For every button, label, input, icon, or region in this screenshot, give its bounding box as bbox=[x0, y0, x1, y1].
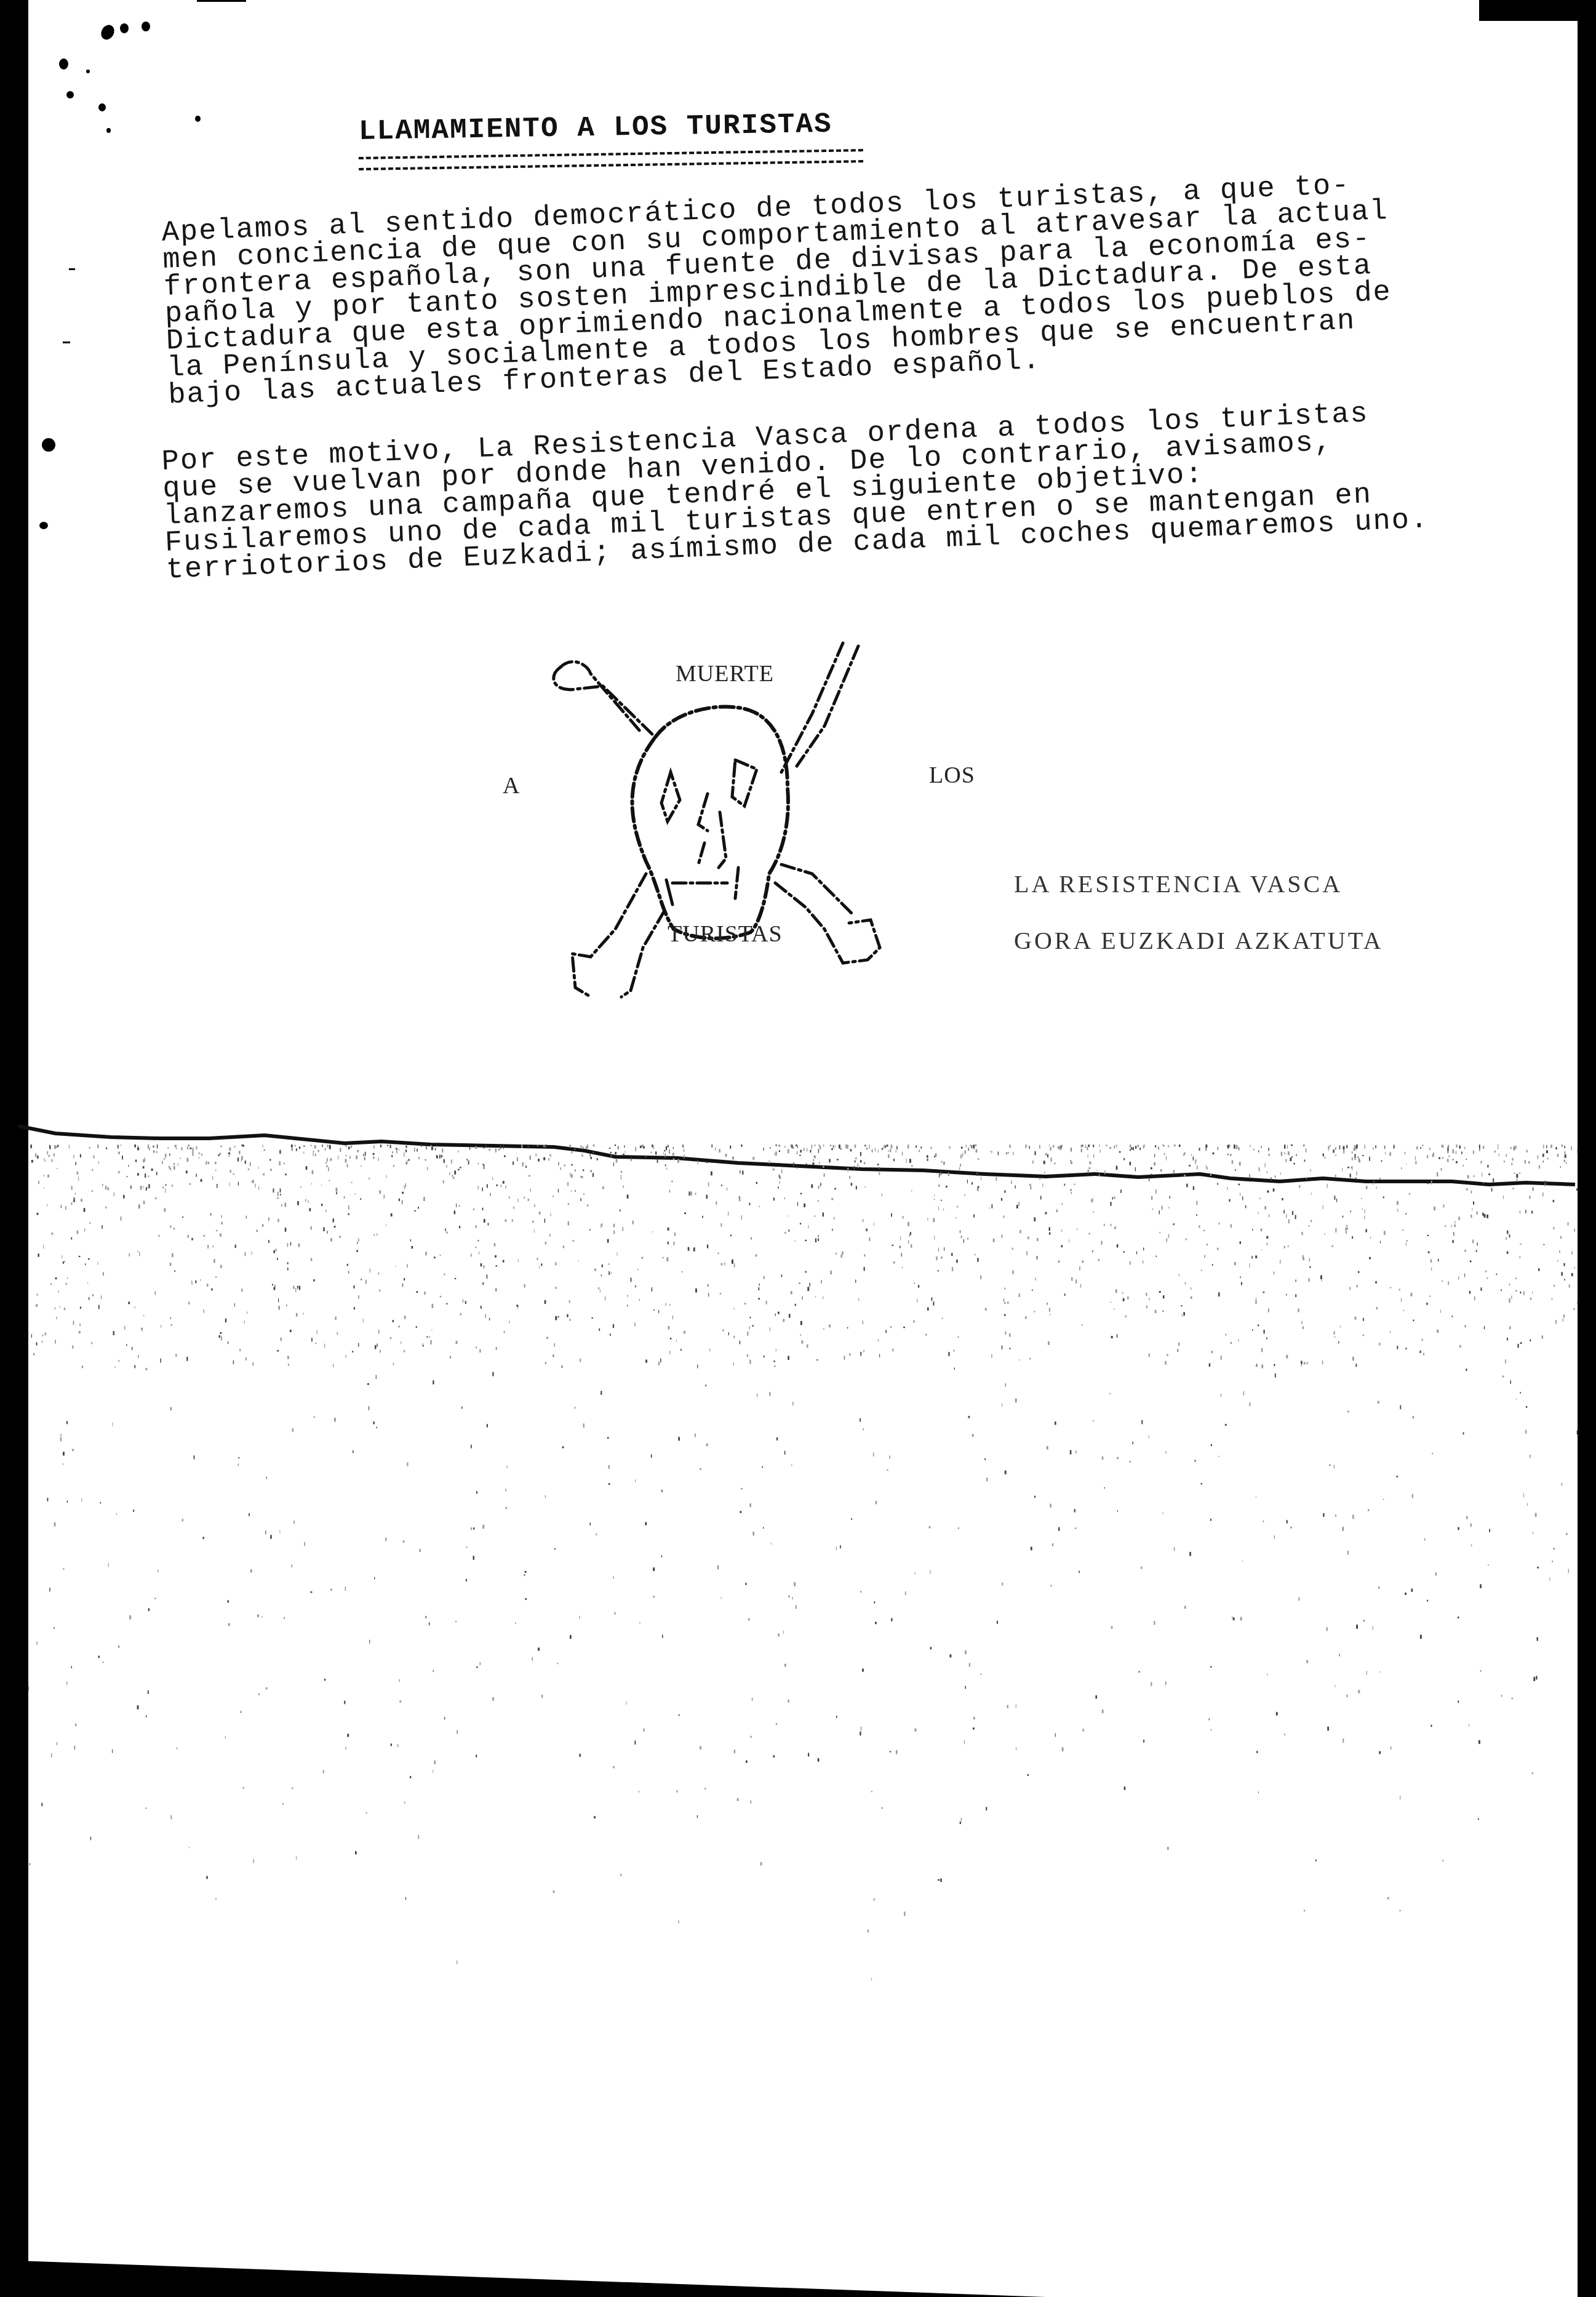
ink-blot bbox=[142, 22, 150, 31]
ink-blot bbox=[106, 128, 111, 133]
scan-border-top-left bbox=[197, 0, 246, 2]
scanned-page: LLAMAMIENTO A LOS TURISTAS Apelamos al s… bbox=[0, 0, 1596, 2297]
ink-blot bbox=[59, 58, 68, 70]
scan-border-top-right bbox=[1479, 0, 1596, 21]
ink-blot bbox=[1584, 46, 1589, 52]
ink-blot bbox=[195, 116, 201, 122]
emblem-word-top: MUERTE bbox=[676, 660, 774, 687]
signature-organization: LA RESISTENCIA VASCA bbox=[1014, 869, 1343, 898]
emblem-word-right: LOS bbox=[929, 762, 975, 789]
ink-blot bbox=[42, 438, 55, 452]
ink-blot bbox=[1582, 71, 1594, 105]
ink-blot bbox=[39, 522, 48, 529]
ink-blot bbox=[98, 103, 106, 111]
scan-noise bbox=[28, 1108, 1578, 2295]
ink-blot bbox=[63, 342, 70, 343]
ink-blot bbox=[66, 91, 74, 98]
ink-blot bbox=[120, 23, 129, 33]
emblem-word-bottom: TURISTAS bbox=[668, 921, 783, 948]
title-underline bbox=[359, 149, 863, 170]
ink-blot bbox=[98, 23, 117, 42]
page-title: LLAMAMIENTO A LOS TURISTAS bbox=[359, 108, 832, 148]
emblem-word-left: A bbox=[503, 772, 520, 799]
paragraph-threat: Por este motivo, La Resistencia Vasca or… bbox=[161, 399, 1429, 585]
ink-blot bbox=[69, 268, 75, 270]
signature-slogan: GORA EUZKADI AZKATUTA bbox=[1014, 926, 1384, 955]
skull-and-crossbones-icon bbox=[523, 640, 954, 1009]
paragraph-appeal: Apelamos al sentido democrático de todos… bbox=[161, 171, 1394, 410]
ink-blot bbox=[86, 70, 90, 73]
